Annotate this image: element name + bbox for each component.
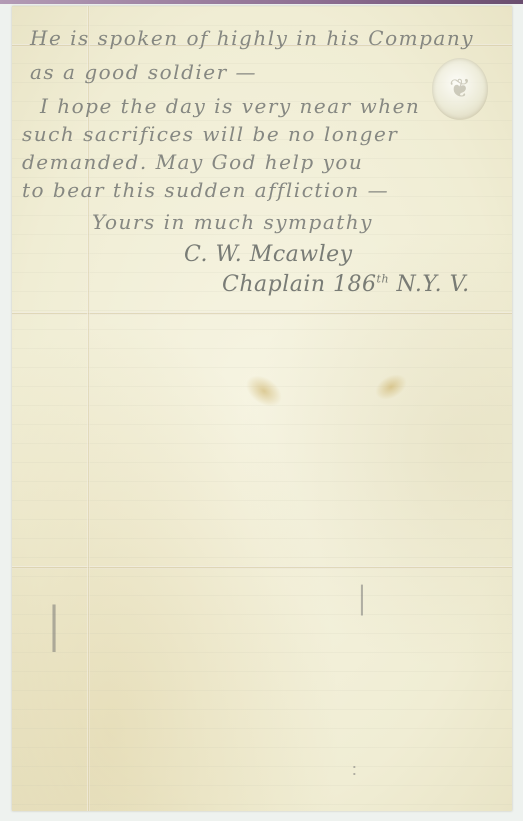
title-prefix: Chaplain 186: [222, 272, 377, 297]
stain: [240, 369, 288, 413]
letter-line-3: I hope the day is very near when: [40, 94, 420, 118]
letter-closing: Yours in much sympathy: [92, 210, 373, 234]
scan-top-edge: [0, 0, 523, 4]
title-ordinal: th: [377, 273, 390, 286]
letter-line-6: to bear this sudden affliction —: [22, 178, 389, 202]
letter-line-2: as a good soldier —: [30, 60, 257, 84]
fold-crease: [12, 312, 512, 315]
signature-title: Chaplain 186th N.Y. V.: [222, 272, 470, 297]
eagle-crest-icon: ❦: [432, 58, 488, 120]
margin-mark: ∶: [352, 761, 357, 782]
letter-line-4: such sacrifices will be no longer: [22, 122, 398, 146]
fold-crease: [12, 566, 512, 569]
letter-line-1: He is spoken of highly in his Company: [30, 26, 474, 50]
margin-mark: │: [354, 586, 370, 616]
title-rest: N.Y. V.: [389, 272, 470, 297]
letter-page: ❦ He is spoken of highly in his Company …: [12, 6, 512, 811]
stain: [371, 369, 411, 405]
embossed-seal: ❦: [432, 58, 488, 120]
signature-name: C. W. Mcawley: [184, 242, 353, 267]
letter-line-5: demanded. May God help you: [22, 150, 363, 174]
margin-mark: │: [42, 606, 66, 652]
